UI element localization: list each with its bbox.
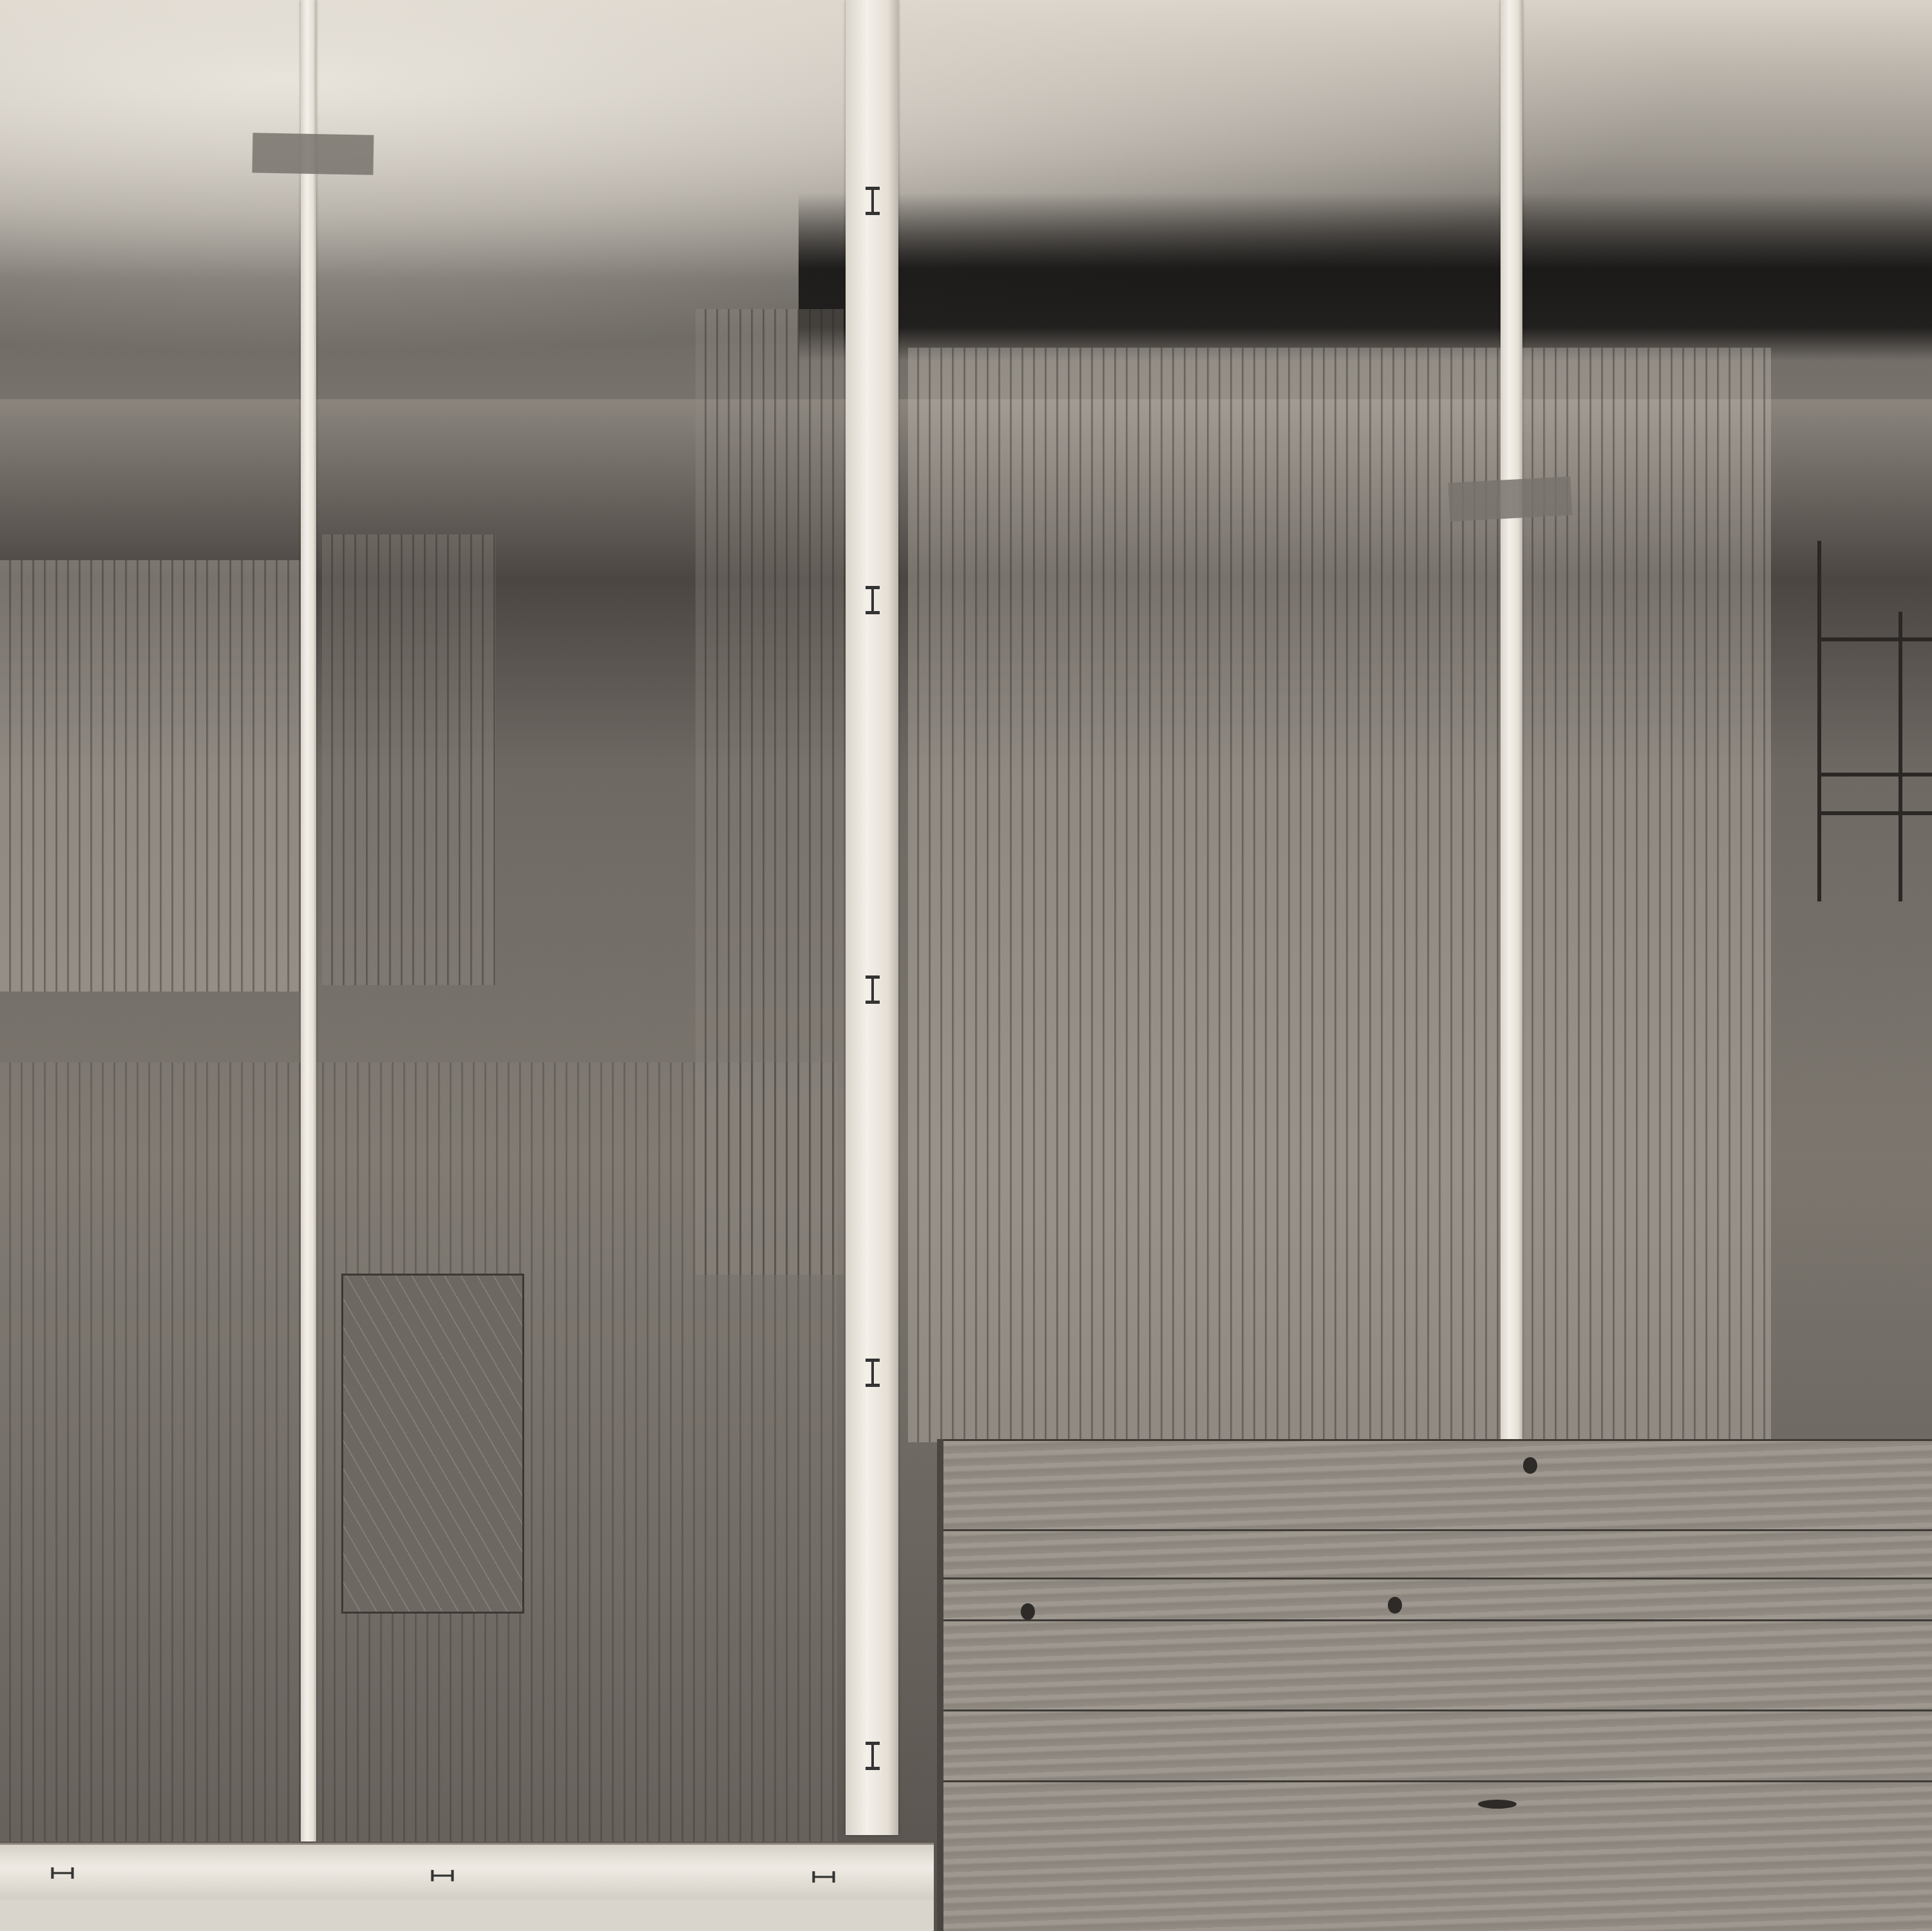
tape-strip-right [1448,476,1573,522]
wood-plank [943,1439,1932,1531]
rail-h-mark-2 [866,586,880,614]
wide-rail-center [846,0,898,1835]
wood-plank [943,1710,1932,1782]
dark-spray-band [799,193,1932,361]
small-scratched-board [341,1274,524,1614]
bottom-horizontal-rail [0,1843,934,1905]
wood-plank [943,1578,1932,1621]
thin-rail-right [1501,0,1522,1439]
drip-panel-left [0,560,303,992]
rail-h-mark-4 [866,1359,880,1387]
drip-panel-left-center [322,534,496,985]
wood-plank-stack [937,1439,1932,1931]
thin-rail-left [301,0,316,1842]
wood-knot [1478,1800,1517,1809]
wood-knot [1021,1603,1035,1620]
wood-plank [943,1619,1932,1711]
grid-window-frame [1817,541,1932,901]
wood-knot [1388,1597,1402,1614]
rail-h-mark-3 [866,975,880,1004]
floor [0,1899,934,1931]
photo-scene [0,0,1932,1931]
wood-plank [943,1529,1932,1579]
rail-h-mark-5 [866,1742,880,1770]
drip-panel-right [908,348,1771,1442]
wood-plank [943,1780,1932,1931]
wood-knot [1523,1457,1537,1474]
rail-h-mark-1 [866,187,880,215]
tape-strip-top-left [252,133,374,174]
